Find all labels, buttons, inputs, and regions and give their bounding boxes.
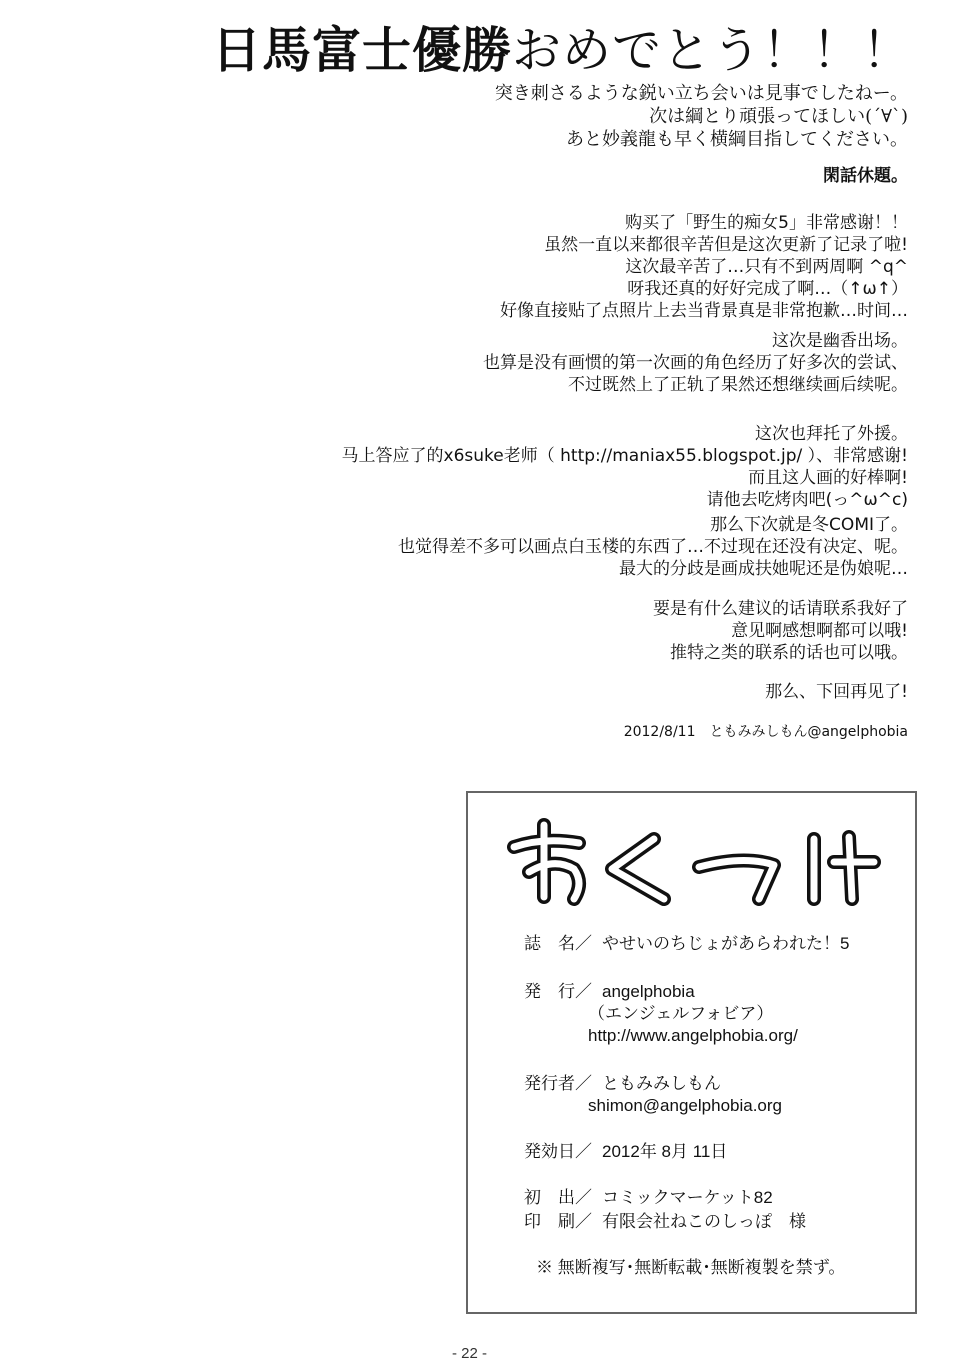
colophon-row-publisher: 発 行／angelphobia （エンジェルフォビア） http://www.a… bbox=[524, 981, 798, 1047]
digression-heading: 閑話休題。 bbox=[823, 165, 908, 187]
paragraph-line: 那么下次就是冬COMI了。 bbox=[398, 514, 908, 536]
row-sub-email: shimon@angelphobia.org bbox=[524, 1095, 782, 1117]
headline: 日馬富士優勝おめでとう！！！ bbox=[212, 22, 912, 80]
row-label: 初 出／ bbox=[524, 1187, 602, 1209]
colophon-row-first-appearance: 初 出／コミックマーケット82 bbox=[524, 1187, 773, 1209]
paragraph-line: 请他去吃烤肉吧(っ^ω^c) bbox=[342, 489, 908, 511]
copyright-notice: ※ 無断複写･無断転載･無断複製を禁ず。 bbox=[536, 1253, 845, 1278]
paragraph-line: 而且这人画的好棒啊! bbox=[342, 467, 908, 489]
paragraph-line: 推特之类的联系的话也可以哦。 bbox=[653, 642, 908, 664]
paragraph-contact: 要是有什么建议的话请联系我好了 意见啊感想啊都可以哦! 推特之类的联系的话也可以… bbox=[653, 598, 908, 664]
row-label: 印 刷／ bbox=[524, 1211, 602, 1233]
paragraph-line: 这次也拜托了外援。 bbox=[342, 423, 908, 445]
paragraph-thanks: 购买了「野生的痴女5」非常感谢！！ 虽然一直以来都很辛苦但是这次更新了记录了啦!… bbox=[500, 212, 908, 322]
paragraph-line: 也算是没有画惯的第一次画的角色经历了好多次的尝试、 bbox=[483, 352, 908, 374]
paragraph-line: 不过既然上了正轨了果然还想继续画后续呢。 bbox=[483, 374, 908, 396]
paragraph-line: 这次是幽香出场。 bbox=[483, 330, 908, 352]
paragraph-next: 那么下次就是冬COMI了。 也觉得差不多可以画点白玉楼的东西了…不过现在还没有决… bbox=[398, 514, 908, 580]
page-number: - 22 - bbox=[452, 1345, 487, 1362]
colophon-row-title: 誌 名／やせいのちじょがあらわれた！5 bbox=[524, 933, 849, 955]
row-label: 誌 名／ bbox=[524, 933, 602, 955]
paragraph-character: 这次是幽香出场。 也算是没有画惯的第一次画的角色经历了好多次的尝试、 不过既然上… bbox=[483, 330, 908, 396]
lead-line: あと妙義龍も早く横綱目指してください。 bbox=[495, 128, 908, 151]
paragraph-line: 好像直接贴了点照片上去当背景真是非常抱歉…时间… bbox=[500, 300, 908, 322]
row-sub-url: http://www.angelphobia.org/ bbox=[524, 1025, 798, 1047]
paragraph-line: 要是有什么建议的话请联系我好了 bbox=[653, 598, 908, 620]
row-label: 発効日／ bbox=[524, 1141, 602, 1163]
row-label: 発 行／ bbox=[524, 981, 602, 1003]
signature: 2012/8/11 ともみみしもん@angelphobia bbox=[624, 721, 908, 743]
row-value: やせいのちじょがあらわれた！5 bbox=[602, 934, 849, 953]
row-value: angelphobia bbox=[602, 982, 695, 1001]
headline-kanji: 日馬富士優勝 bbox=[212, 22, 512, 79]
colophon-row-issuer: 発行者／ともみみしもん shimon@angelphobia.org bbox=[524, 1073, 782, 1117]
colophon-box: 誌 名／やせいのちじょがあらわれた！5 発 行／angelphobia （エンジ… bbox=[466, 791, 917, 1314]
row-label: 発行者／ bbox=[524, 1073, 602, 1095]
colophon-title-outline-lettering bbox=[504, 817, 884, 909]
row-value: 2012年 8月 11日 bbox=[602, 1142, 727, 1161]
paragraph-line: 最大的分歧是画成扶她呢还是伪娘呢… bbox=[398, 558, 908, 580]
lead-paragraph: 突き刺さるような鋭い立ち会いは見事でしたねー。 次は綱とり頑張ってほしい(´∀`… bbox=[495, 82, 908, 151]
paragraph-line: 也觉得差不多可以画点白玉楼的东西了…不过现在还没有决定、呢。 bbox=[398, 536, 908, 558]
row-sub: （エンジェルフォビア） bbox=[524, 1003, 798, 1025]
row-value: ともみみしもん bbox=[602, 1074, 721, 1093]
lead-line: 突き刺さるような鋭い立ち会いは見事でしたねー。 bbox=[495, 82, 908, 105]
row-value: コミックマーケット82 bbox=[602, 1188, 773, 1207]
paragraph-line: 呀我还真的好好完成了啊…（↑ω↑） bbox=[500, 278, 908, 300]
lead-line: 次は綱とり頑張ってほしい(´∀`) bbox=[495, 105, 908, 128]
paragraph-line: 马上答应了的x6suke老师（ http://maniax55.blogspot… bbox=[342, 445, 908, 467]
headline-kana: おめでとう！！！ bbox=[512, 22, 912, 79]
paragraph-line: 虽然一直以来都很辛苦但是这次更新了记录了啦! bbox=[500, 234, 908, 256]
paragraph-line: 意见啊感想啊都可以哦! bbox=[653, 620, 908, 642]
row-value: 有限会社ねこのしっぽ 様 bbox=[602, 1212, 806, 1231]
paragraph-guest: 这次也拜托了外援。 马上答应了的x6suke老师（ http://maniax5… bbox=[342, 423, 908, 511]
colophon-row-printer: 印 刷／有限会社ねこのしっぽ 様 bbox=[524, 1211, 806, 1233]
colophon-row-date: 発効日／2012年 8月 11日 bbox=[524, 1141, 727, 1163]
paragraph-line: 购买了「野生的痴女5」非常感谢！！ bbox=[500, 212, 908, 234]
farewell: 那么、下回再见了! bbox=[765, 681, 908, 703]
paragraph-line: 这次最辛苦了…只有不到两周啊 ^q^ bbox=[500, 256, 908, 278]
